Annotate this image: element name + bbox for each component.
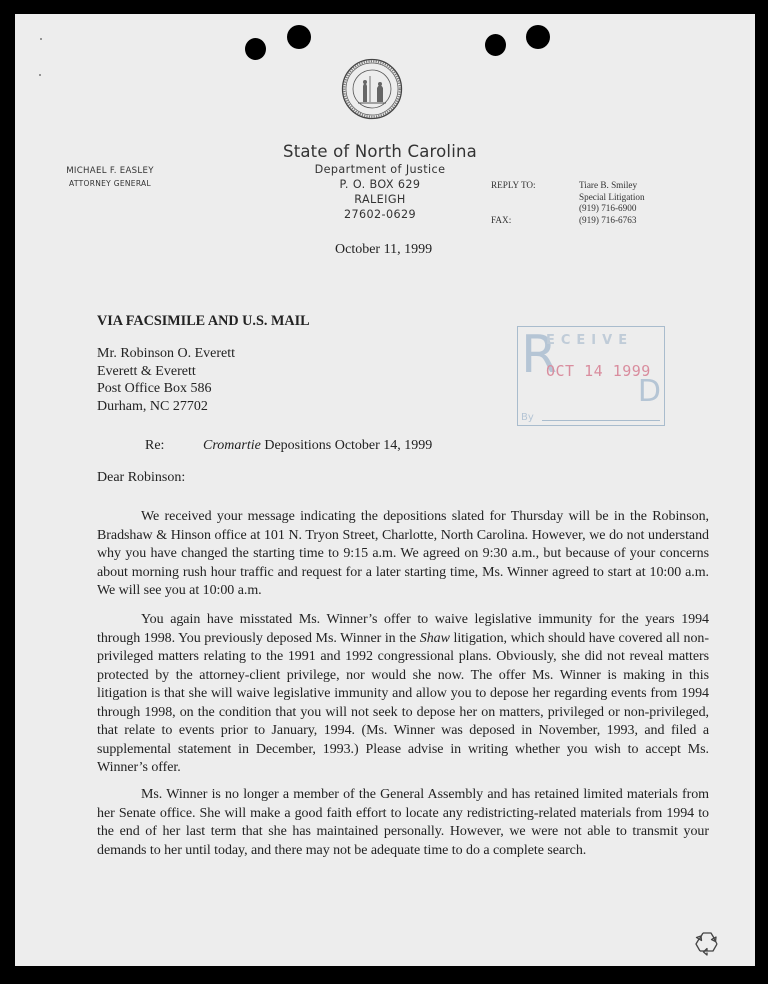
punch-hole xyxy=(526,25,550,49)
letterhead: State of North Carolina Department of Ju… xyxy=(245,142,515,222)
speck xyxy=(39,74,41,76)
attorney-general-name: MICHAEL F. EASLEY xyxy=(55,164,165,178)
punch-hole xyxy=(287,25,311,49)
paragraph-1: We received your message indicating the … xyxy=(97,508,709,601)
subject-label: Re: xyxy=(97,437,203,456)
stamp-by-label: By xyxy=(521,412,534,423)
stamp-letter-d: D xyxy=(638,377,661,407)
letterhead-po-box: P. O. BOX 629 xyxy=(245,177,515,192)
reply-to-label: REPLY TO: xyxy=(491,180,536,192)
fax-label: FAX: xyxy=(491,215,511,227)
attorney-general-block: MICHAEL F. EASLEY ATTORNEY GENERAL xyxy=(55,164,165,190)
letterhead-department: Department of Justice xyxy=(245,162,515,177)
salutation: Dear Robinson: xyxy=(97,469,709,488)
punch-hole xyxy=(485,34,506,56)
letter-date: October 11, 1999 xyxy=(335,242,432,258)
paragraph-3-text: Ms. Winner is no longer a member of the … xyxy=(97,786,709,860)
letterhead-zip: 27602-0629 xyxy=(245,207,515,222)
punch-hole xyxy=(245,38,266,60)
case-reference: Shaw xyxy=(420,631,450,646)
paragraph-3: Ms. Winner is no longer a member of the … xyxy=(97,786,709,860)
reply-to-phone: (919) 716-6900 xyxy=(579,203,636,215)
paragraph-1-text: We received your message indicating the … xyxy=(97,508,709,601)
reply-to-dept: Special Litigation xyxy=(579,192,645,204)
letterhead-city: RALEIGH xyxy=(245,192,515,207)
stamp-signature-line xyxy=(542,420,660,421)
paragraph-2-text-b: litigation, which should have covered al… xyxy=(97,631,709,776)
paragraph-2: You again have misstated Ms. Winner’s of… xyxy=(97,611,709,778)
subject-line: Re:Cromartie Depositions October 14, 199… xyxy=(97,437,709,456)
letter-page: MICHAEL F. EASLEY ATTORNEY GENERAL State… xyxy=(15,14,755,966)
recycle-icon xyxy=(692,928,722,958)
letterhead-title: State of North Carolina xyxy=(245,142,515,162)
subject-text: Depositions October 14, 1999 xyxy=(261,438,432,453)
attorney-general-title: ATTORNEY GENERAL xyxy=(55,178,165,190)
state-seal-icon xyxy=(341,58,403,120)
reply-to-name: Tiare B. Smiley xyxy=(579,180,637,192)
case-name: Cromartie xyxy=(203,438,261,453)
stamp-word: ECEIVE xyxy=(546,333,633,348)
fax-number: (919) 716-6763 xyxy=(579,215,636,227)
stamp-date: OCT 14 1999 xyxy=(546,362,651,380)
speck xyxy=(40,38,42,40)
received-stamp: R ECEIVE OCT 14 1999 D By xyxy=(517,326,665,426)
